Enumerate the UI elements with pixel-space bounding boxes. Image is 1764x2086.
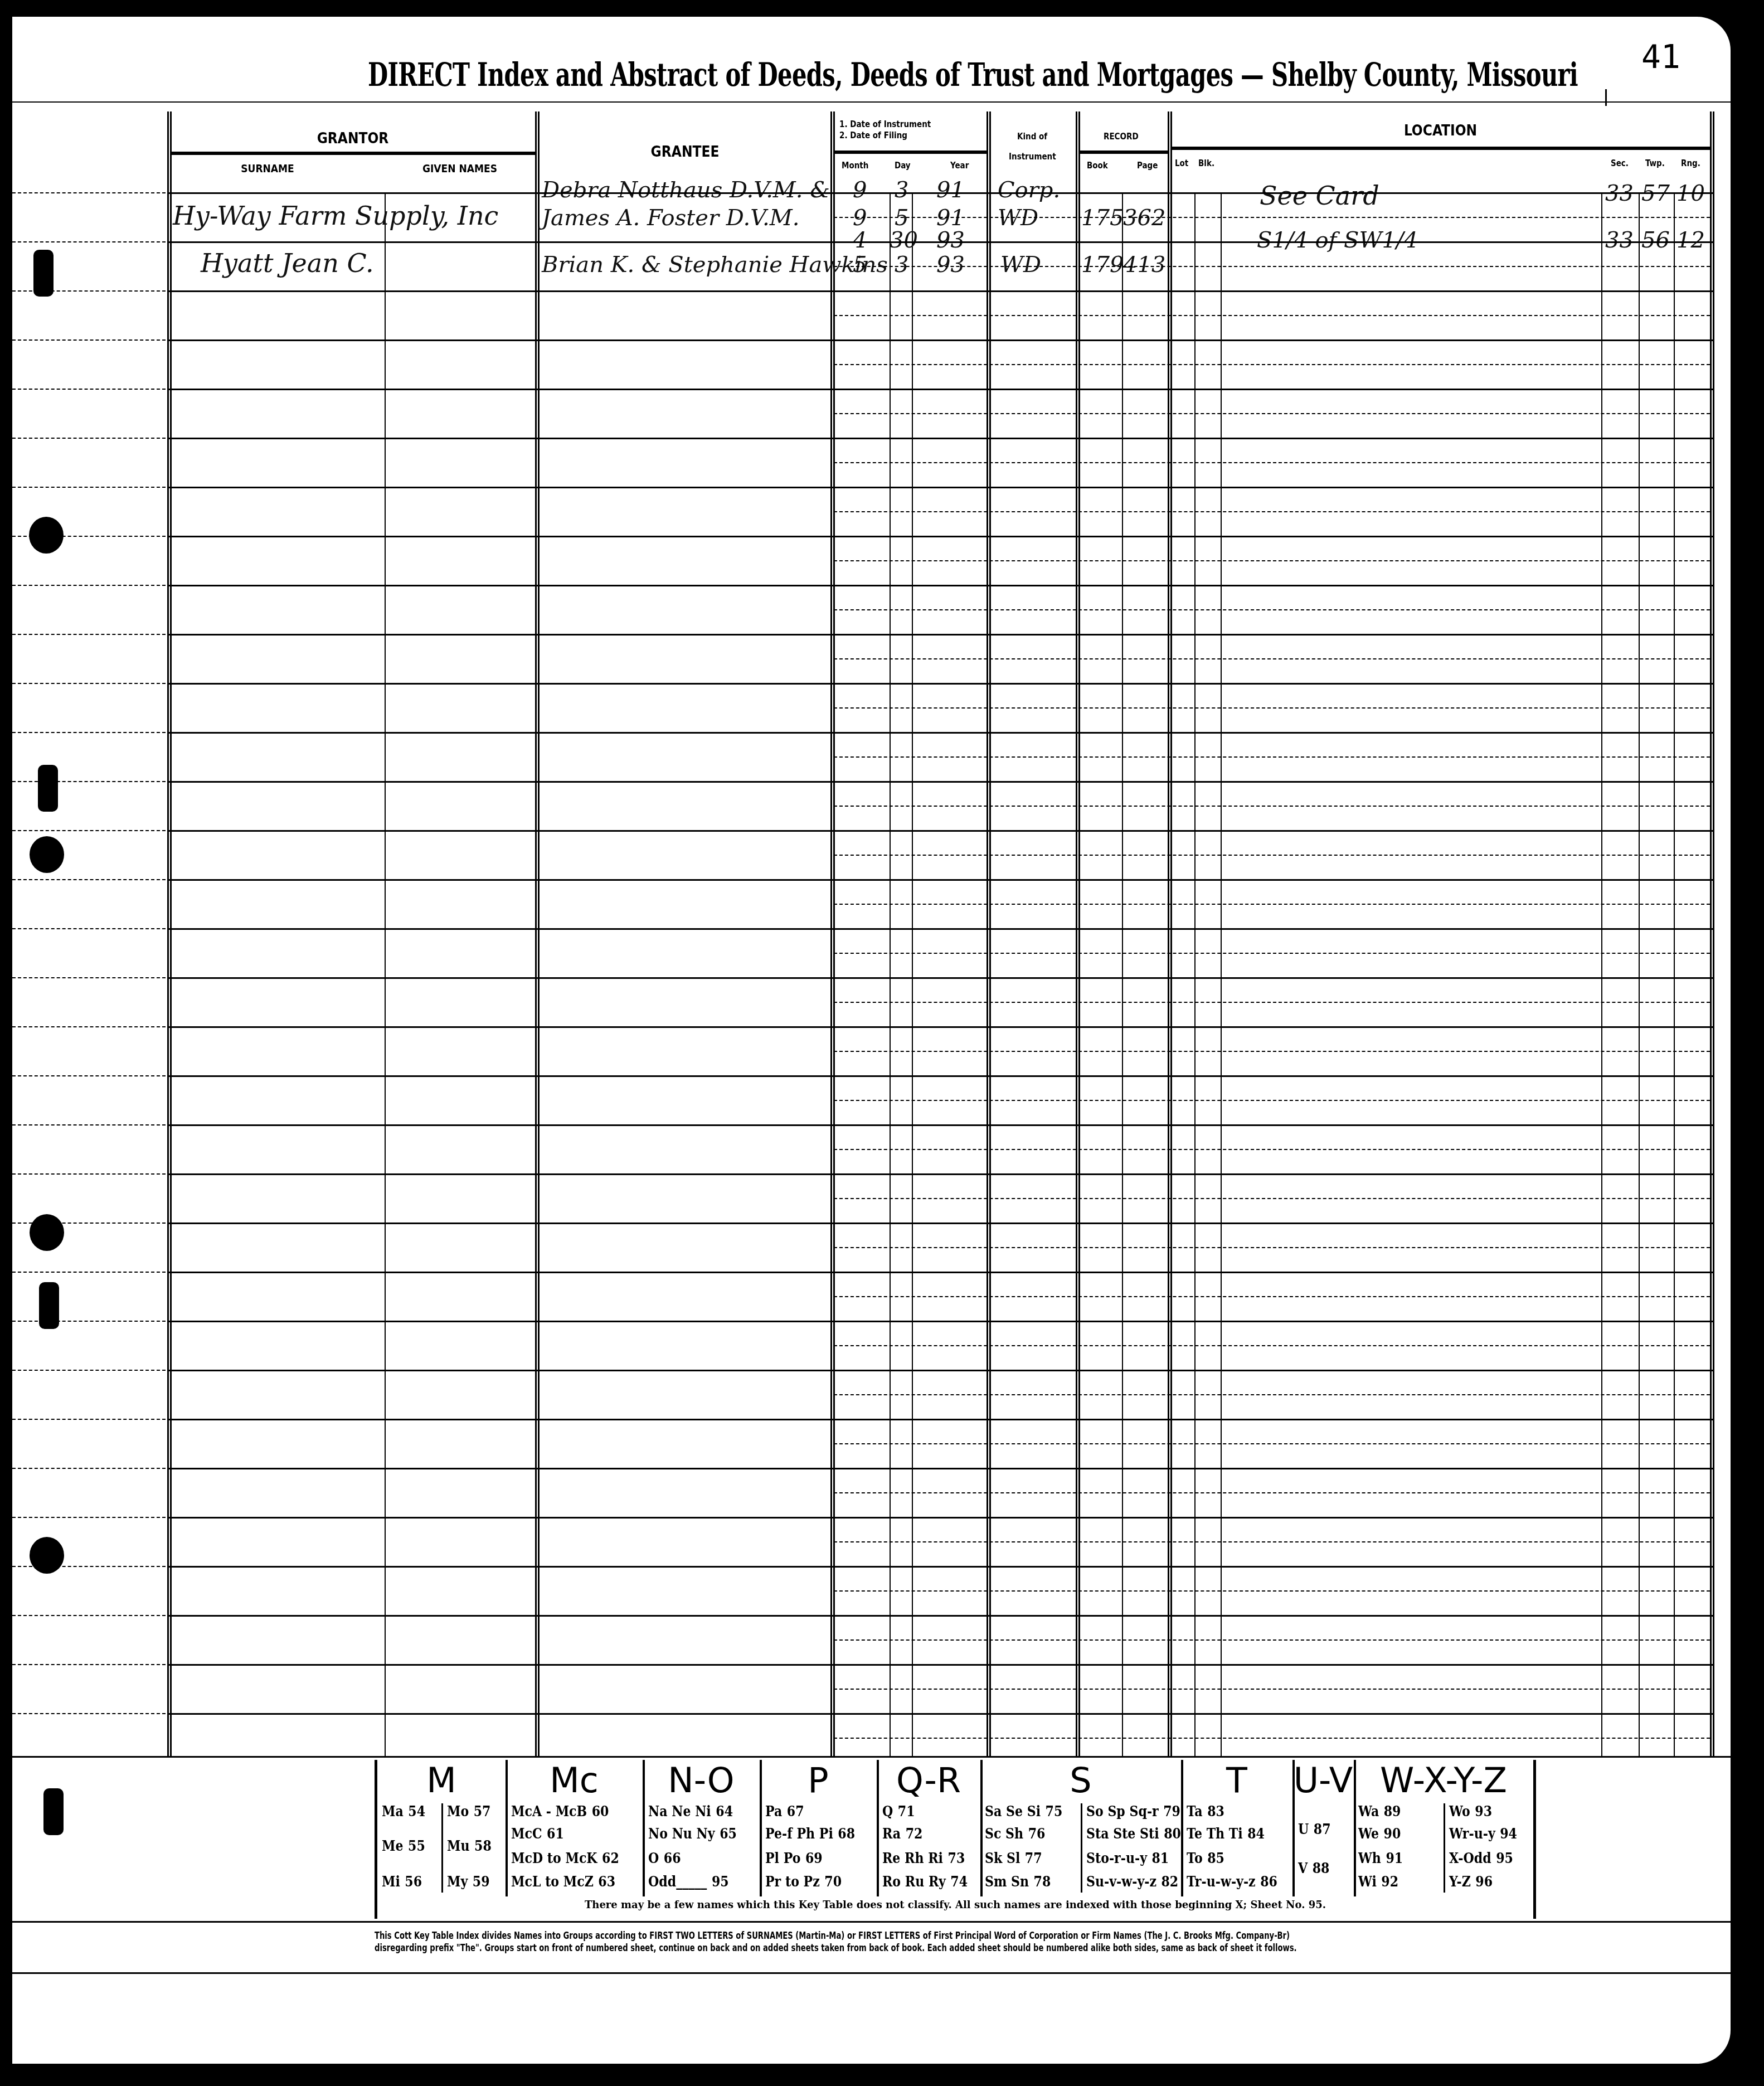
row-rule: [167, 1223, 1714, 1224]
key-entry: Odd_____95: [648, 1874, 729, 1890]
key-entry: McL to McZ63: [511, 1874, 615, 1890]
row-rule: [167, 1713, 1714, 1715]
margin-rule: [12, 928, 166, 929]
margin-rule: [12, 634, 166, 635]
row-midline: [834, 217, 1710, 218]
page-title: DIRECT Index and Abstract of Deeds, Deed…: [368, 56, 1198, 94]
row-midline: [834, 658, 1710, 659]
key-entry: Mu58: [447, 1838, 492, 1855]
entry-2-inst-day: 30: [890, 227, 918, 253]
key-entry: No Nu Ny65: [648, 1826, 737, 1842]
entry-2-rng: 12: [1676, 227, 1705, 253]
key-group-heading: P: [760, 1761, 877, 1800]
key-entry: My59: [447, 1874, 490, 1890]
row-midline: [834, 462, 1710, 463]
key-entry-sheet-number: 66: [664, 1850, 681, 1867]
margin-rule: [12, 487, 166, 488]
row-rule: [167, 781, 1714, 783]
margin-rule: [12, 1223, 166, 1224]
entry-2-file-year: 93: [936, 252, 965, 278]
key-entry-letters: Su-v-w-y-z: [1086, 1874, 1156, 1890]
entry-2-file-month: 5: [853, 252, 867, 278]
key-entry-sheet-number: 94: [1500, 1826, 1517, 1842]
margin-rule: [12, 781, 166, 782]
key-group-p: PPa67Pe-f Ph Pi68Pl Po69Pr to Pz70: [760, 1760, 879, 1896]
key-entry-sheet-number: 55: [408, 1838, 425, 1855]
row-rule: [167, 192, 1714, 194]
key-entry: Re Rh Ri73: [882, 1850, 965, 1867]
key-entry-letters: O: [648, 1850, 659, 1867]
key-entry: Sk Sl77: [985, 1850, 1042, 1867]
row-midline: [834, 1100, 1710, 1101]
key-group-heading: W-X-Y-Z: [1354, 1761, 1533, 1800]
key-entry: Ma54: [382, 1803, 425, 1820]
row-rule: [167, 487, 1714, 488]
key-entry-sheet-number: 74: [950, 1874, 968, 1890]
entry-1-inst-day: 3: [895, 177, 908, 203]
grantee-header: GRANTEE: [540, 144, 830, 161]
binder-slot-hole: [38, 765, 58, 812]
row-midline: [834, 1541, 1710, 1542]
key-entry: Na Ne Ni64: [648, 1803, 733, 1820]
margin-rule: [12, 1272, 166, 1273]
key-entry-letters: Sa Se Si: [985, 1803, 1041, 1820]
key-entry: Wa89: [1358, 1803, 1401, 1820]
record-header: RECORD: [1104, 132, 1139, 142]
key-entry-sheet-number: 54: [408, 1803, 425, 1820]
cott-key-table: MMa54Me55Mi56Mo57Mu58My59McMcA - McB60Mc…: [375, 1760, 1536, 1919]
day-year-divider: [912, 192, 913, 1756]
deed-index-table: GRANTOR SURNAME GIVEN NAMES GRANTEE 1. D…: [167, 111, 1714, 1756]
key-entry: Sa Se Si75: [985, 1803, 1062, 1820]
key-entry-letters: Wa: [1358, 1803, 1379, 1820]
row-rule: [167, 1026, 1714, 1028]
kind-header-line2: Instrument: [1009, 152, 1056, 162]
key-entry: Te Th Ti84: [1187, 1826, 1265, 1842]
row-midline: [834, 1689, 1710, 1690]
margin-rule: [12, 438, 166, 439]
key-entry: Sm Sn78: [985, 1874, 1051, 1890]
margin-rule: [12, 879, 166, 880]
binder-slot-hole: [33, 250, 54, 297]
row-midline: [834, 904, 1710, 905]
key-entry-sheet-number: 86: [1260, 1874, 1277, 1890]
key-entry: McA - McB60: [511, 1803, 609, 1820]
entry-2-sec: 33: [1605, 227, 1634, 253]
margin-rule: [12, 1615, 166, 1616]
key-entry-sheet-number: 63: [598, 1874, 615, 1890]
margin-rule: [12, 1173, 166, 1175]
binder-round-hole: [30, 836, 64, 873]
entry-2-description: S1/4 of SW1/4: [1257, 227, 1418, 253]
key-entry: U87: [1298, 1821, 1331, 1838]
entry-1-description: See Card: [1260, 181, 1379, 211]
key-entry-letters: Pr to Pz: [765, 1874, 820, 1890]
key-entry: Me55: [382, 1838, 425, 1855]
row-rule: [167, 1517, 1714, 1519]
key-entry-letters: Sc Sh: [985, 1826, 1023, 1842]
key-entry: Tr-u-w-y-z86: [1187, 1874, 1277, 1890]
row-midline: [834, 1296, 1710, 1297]
key-bottom-rule: [12, 1921, 1731, 1923]
key-entry-sheet-number: 81: [1151, 1850, 1169, 1867]
key-entry-sheet-number: 89: [1384, 1803, 1401, 1820]
key-entry-letters: McD to McK: [511, 1850, 597, 1867]
key-entry: Pr to Pz70: [765, 1874, 842, 1890]
key-entry: V88: [1298, 1860, 1329, 1877]
lot-blk-divider: [1194, 192, 1196, 1756]
margin-rule: [12, 192, 166, 193]
row-rule: [167, 1321, 1714, 1322]
row-rule: [167, 634, 1714, 635]
key-entry-letters: Mu: [447, 1838, 470, 1855]
row-midline: [834, 1590, 1710, 1592]
margin-rule: [12, 1026, 166, 1027]
key-entry-letters: Wo: [1449, 1803, 1470, 1820]
blk-header: Blk.: [1198, 158, 1214, 168]
table-right-border: [1710, 111, 1714, 1756]
row-midline: [834, 266, 1710, 267]
key-entry-sheet-number: 59: [473, 1874, 490, 1890]
entry-2-file-day: 3: [895, 252, 908, 278]
key-entry: Wo93: [1449, 1803, 1492, 1820]
key-entry-letters: Ra: [882, 1826, 901, 1842]
entry-1-grantee-line2: James A. Foster D.V.M.: [542, 205, 799, 231]
binder-round-hole: [30, 1214, 64, 1251]
key-entry-sheet-number: 58: [474, 1838, 492, 1855]
key-entry-letters: McA - McB: [511, 1803, 587, 1820]
row-rule: [167, 732, 1714, 734]
key-entry-letters: Re Rh Ri: [882, 1850, 943, 1867]
key-entry-letters: Mi: [382, 1874, 400, 1890]
key-entry-letters: Ma: [382, 1803, 404, 1820]
binder-round-hole: [29, 517, 64, 554]
key-group-m: MMa54Me55Mi56Mo57Mu58My59: [377, 1760, 508, 1896]
key-entry-letters: No Nu Ny: [648, 1826, 715, 1842]
key-entry-sheet-number: 72: [906, 1826, 923, 1842]
row-midline: [834, 364, 1710, 365]
sec-header: Sec.: [1611, 158, 1629, 168]
key-group-heading: U-V: [1292, 1761, 1354, 1800]
row-midline: [834, 1002, 1710, 1003]
key-entry-letters: Ta: [1187, 1803, 1203, 1820]
row-rule: [167, 928, 1714, 930]
key-entry-letters: Q: [882, 1803, 893, 1820]
book-page-divider: [1122, 192, 1123, 1756]
rng-header: Rng.: [1681, 158, 1700, 168]
row-rule: [167, 1173, 1714, 1175]
surname-given-divider: [385, 192, 386, 1756]
month-header: Month: [842, 161, 868, 171]
row-rule: [167, 1124, 1714, 1126]
entry-1-grantor: Hy-Way Farm Supply, Inc: [173, 201, 498, 231]
row-midline: [834, 1051, 1710, 1052]
key-entry-sheet-number: 87: [1314, 1821, 1331, 1838]
row-rule: [167, 536, 1714, 537]
entry-2-inst-month: 4: [853, 227, 867, 253]
key-entry-sheet-number: 64: [716, 1803, 733, 1820]
key-entry: Q71: [882, 1803, 915, 1820]
key-entry: Y-Z96: [1449, 1874, 1493, 1890]
corner-tick: [1605, 89, 1607, 106]
key-entry-sheet-number: 95: [712, 1874, 729, 1890]
key-entry: So Sp Sq-r79: [1086, 1803, 1180, 1820]
kind-header-line1: Kind of: [1017, 132, 1047, 142]
key-group-heading: S: [980, 1761, 1181, 1800]
margin-rule: [12, 290, 166, 292]
key-entry: Mi56: [382, 1874, 422, 1890]
location-header-rule: [1171, 147, 1710, 150]
key-group-w-x-y-z: W-X-Y-ZWa89We90Wh91Wi92Wo93Wr-u-y94X-Odd…: [1354, 1760, 1535, 1896]
margin-rule: [12, 683, 166, 684]
key-subdivider: [441, 1803, 443, 1893]
key-entry: Ta83: [1187, 1803, 1224, 1820]
key-entry-sheet-number: 91: [1386, 1850, 1403, 1867]
key-entry-letters: Wr-u-y: [1449, 1826, 1495, 1842]
margin-rule: [12, 585, 166, 586]
row-midline: [834, 511, 1710, 512]
book-header: Book: [1087, 161, 1108, 171]
record-header-rule: [1079, 151, 1168, 154]
key-entry: Pa67: [765, 1803, 804, 1820]
key-instructions-line1: This Cott Key Table Index divides Names …: [375, 1930, 1381, 1942]
key-entry-sheet-number: 82: [1161, 1874, 1178, 1890]
key-entry-sheet-number: 78: [1034, 1874, 1051, 1890]
row-midline: [834, 1394, 1710, 1395]
entry-1-kind-line2: WD: [998, 205, 1038, 231]
key-entry-sheet-number: 93: [1475, 1803, 1492, 1820]
key-entry-sheet-number: 92: [1381, 1874, 1398, 1890]
row-midline: [834, 1149, 1710, 1150]
grantee-date-divider: [830, 111, 835, 1756]
row-rule: [167, 683, 1714, 685]
key-group-heading: N-O: [643, 1761, 760, 1800]
binder-slot-hole: [39, 1282, 59, 1329]
row-midline: [834, 560, 1710, 561]
key-entry-sheet-number: 67: [787, 1803, 804, 1820]
key-entry-letters: X-Odd: [1449, 1850, 1491, 1867]
row-rule: [167, 1468, 1714, 1469]
row-rule: [167, 1419, 1714, 1420]
key-entry: McC61: [511, 1826, 564, 1842]
row-rule: [167, 241, 1714, 243]
key-entry-letters: Te Th Ti: [1187, 1826, 1243, 1842]
margin-rule: [12, 241, 166, 242]
margin-rule: [12, 1664, 166, 1665]
row-rule: [167, 1272, 1714, 1273]
margin-rule: [12, 732, 166, 733]
margin-rule: [12, 1075, 166, 1076]
title-rule: [12, 101, 1731, 103]
key-entry: Sta Ste Sti80: [1086, 1826, 1181, 1842]
key-entry-letters: To: [1187, 1850, 1203, 1867]
key-entry-letters: Ro Ru Ry: [882, 1874, 946, 1890]
row-rule: [167, 1566, 1714, 1568]
key-entry-letters: Odd_____: [648, 1874, 707, 1890]
key-entry-sheet-number: 62: [602, 1850, 619, 1867]
key-entry: We90: [1358, 1826, 1401, 1842]
key-entry-sheet-number: 69: [805, 1850, 823, 1867]
key-entry-sheet-number: 79: [1163, 1803, 1180, 1820]
entry-2-twp: 56: [1641, 227, 1670, 253]
row-rule: [167, 1075, 1714, 1077]
key-group-heading: Q-R: [877, 1761, 980, 1800]
location-header: LOCATION: [1171, 123, 1710, 139]
key-entry-letters: Mo: [447, 1803, 469, 1820]
row-midline: [834, 1738, 1710, 1739]
entry-1-inst-month: 9: [853, 177, 867, 203]
key-entry-letters: Wi: [1358, 1874, 1377, 1890]
entry-2-page: 413: [1123, 252, 1165, 278]
key-entry-sheet-number: 60: [592, 1803, 609, 1820]
key-entry-sheet-number: 75: [1046, 1803, 1063, 1820]
binder-round-hole: [30, 1537, 64, 1574]
row-rule: [167, 1615, 1714, 1617]
key-entry-letters: Pl Po: [765, 1850, 800, 1867]
key-entry-letters: Pe-f Ph Pi: [765, 1826, 833, 1842]
row-midline: [834, 1345, 1710, 1346]
key-entry: X-Odd95: [1449, 1850, 1513, 1867]
row-midline: [834, 806, 1710, 807]
row-rule: [167, 1370, 1714, 1371]
row-rule: [167, 339, 1714, 341]
lot-header: Lot: [1175, 158, 1188, 168]
row-midline: [834, 1443, 1710, 1444]
key-entry-sheet-number: 88: [1313, 1860, 1330, 1877]
entry-1-inst-year: 91: [936, 177, 965, 203]
row-midline: [834, 609, 1710, 610]
page-header: Page: [1137, 161, 1158, 171]
row-midline: [834, 1492, 1710, 1493]
key-entry-sheet-number: 96: [1475, 1874, 1493, 1890]
row-midline: [834, 1639, 1710, 1641]
margin-rule: [12, 830, 166, 831]
entry-1-page: 362: [1123, 205, 1165, 231]
key-entry-sheet-number: 61: [547, 1826, 564, 1842]
row-midline: [834, 953, 1710, 954]
key-entry-sheet-number: 83: [1207, 1803, 1224, 1820]
margin-rule: [12, 1321, 166, 1322]
key-entry: Wh91: [1358, 1850, 1403, 1867]
key-entry-letters: Na Ne Ni: [648, 1803, 711, 1820]
row-rule: [167, 830, 1714, 832]
month-day-divider: [890, 192, 891, 1756]
entry-1-kind-line1: Corp.: [998, 177, 1060, 203]
key-top-rule: [12, 1756, 1731, 1758]
year-header: Year: [950, 161, 969, 171]
key-entry-letters: Sm Sn: [985, 1874, 1029, 1890]
key-entry-sheet-number: 68: [838, 1826, 855, 1842]
row-midline: [834, 707, 1710, 709]
key-entry-letters: Tr-u-w-y-z: [1187, 1874, 1256, 1890]
sec-twp-divider: [1639, 192, 1640, 1756]
twp-rng-divider: [1674, 192, 1675, 1756]
margin-rule: [12, 536, 166, 537]
key-entry-letters: McL to McZ: [511, 1874, 594, 1890]
entry-2-book: 179: [1081, 252, 1124, 278]
entry-1-grantee-line1: Debra Notthaus D.V.M. &: [542, 177, 830, 203]
key-entry: Sc Sh76: [985, 1826, 1045, 1842]
margin-rule: [12, 389, 166, 390]
key-entry-letters: V: [1298, 1860, 1308, 1877]
key-entry-letters: Me: [382, 1838, 404, 1855]
key-group-u-v: U-VU87V88: [1292, 1760, 1356, 1896]
key-group-n-o: N-ONa Ne Ni64No Nu Ny65O66Odd_____95: [643, 1760, 762, 1896]
twp-header: Twp.: [1645, 158, 1665, 168]
key-entry-letters: U: [1298, 1821, 1309, 1838]
key-entry-letters: So Sp Sq-r: [1086, 1803, 1159, 1820]
key-entry-sheet-number: 90: [1384, 1826, 1401, 1842]
key-entry-sheet-number: 57: [474, 1803, 491, 1820]
given-names-header: GIVEN NAMES: [385, 163, 535, 175]
row-rule: [167, 977, 1714, 979]
key-entry-sheet-number: 56: [405, 1874, 422, 1890]
row-rule: [167, 585, 1714, 586]
grantor-header-rule: [171, 152, 535, 155]
row-midline: [834, 1247, 1710, 1248]
key-instructions-line2: disregarding prefix "The". Groups start …: [375, 1942, 1381, 1954]
key-entry-letters: Sto-r-u-y: [1086, 1850, 1147, 1867]
key-group-s: SSa Se Si75Sc Sh76Sk Sl77Sm Sn78So Sp Sq…: [980, 1760, 1183, 1896]
margin-rule: [12, 977, 166, 978]
key-entry: O66: [648, 1850, 681, 1867]
key-entry-sheet-number: 80: [1164, 1826, 1181, 1842]
key-subdivider: [1081, 1803, 1082, 1893]
key-entry-sheet-number: 65: [720, 1826, 737, 1842]
date-header-rule: [834, 151, 987, 154]
key-group-heading: T: [1181, 1761, 1292, 1800]
key-entry-letters: Sta Ste Sti: [1086, 1826, 1159, 1842]
key-group-heading: Mc: [506, 1761, 643, 1800]
entry-2-grantee: Brian K. & Stephanie Hawkins: [542, 252, 888, 278]
key-subdivider: [1444, 1803, 1445, 1893]
key-instructions: This Cott Key Table Index divides Names …: [375, 1930, 1381, 1954]
key-entry: To85: [1187, 1850, 1224, 1867]
row-midline: [834, 756, 1710, 758]
footer-bottom-rule: [12, 1972, 1731, 1974]
key-entry-sheet-number: 95: [1496, 1850, 1513, 1867]
key-entry: Sto-r-u-y81: [1086, 1850, 1169, 1867]
key-entry-sheet-number: 77: [1025, 1850, 1042, 1867]
key-entry-letters: McC: [511, 1826, 542, 1842]
key-table-note: There may be a few names which this Key …: [377, 1899, 1533, 1911]
date-instrument-header: 1. Date of Instrument: [839, 119, 931, 129]
key-entry: Mo57: [447, 1803, 490, 1820]
key-entry: Wr-u-y94: [1449, 1826, 1517, 1842]
page-number: 41: [1641, 38, 1680, 76]
key-entry: Pl Po69: [765, 1850, 823, 1867]
key-entry-letters: Wh: [1358, 1850, 1381, 1867]
table-left-border: [167, 111, 172, 1756]
key-entry-sheet-number: 70: [824, 1874, 842, 1890]
row-rule: [167, 879, 1714, 881]
entry-1-book: 175: [1081, 205, 1124, 231]
date-kind-divider: [987, 111, 991, 1756]
date-filing-header: 2. Date of Filing: [839, 130, 907, 140]
row-rule: [167, 389, 1714, 390]
key-group-t: TTa83Te Th Ti84To85Tr-u-w-y-z86: [1181, 1760, 1295, 1896]
row-rule: [167, 290, 1714, 292]
row-midline: [834, 315, 1710, 316]
key-entry-letters: Y-Z: [1449, 1874, 1471, 1890]
entry-2-inst-year: 93: [936, 227, 965, 253]
grantor-header: GRANTOR: [171, 130, 535, 147]
key-entry: Ro Ru Ry74: [882, 1874, 968, 1890]
key-entry-sheet-number: 76: [1028, 1826, 1046, 1842]
kind-record-divider: [1076, 111, 1080, 1756]
binder-slot-hole: [43, 1788, 64, 1835]
key-entry-letters: Sk Sl: [985, 1850, 1020, 1867]
